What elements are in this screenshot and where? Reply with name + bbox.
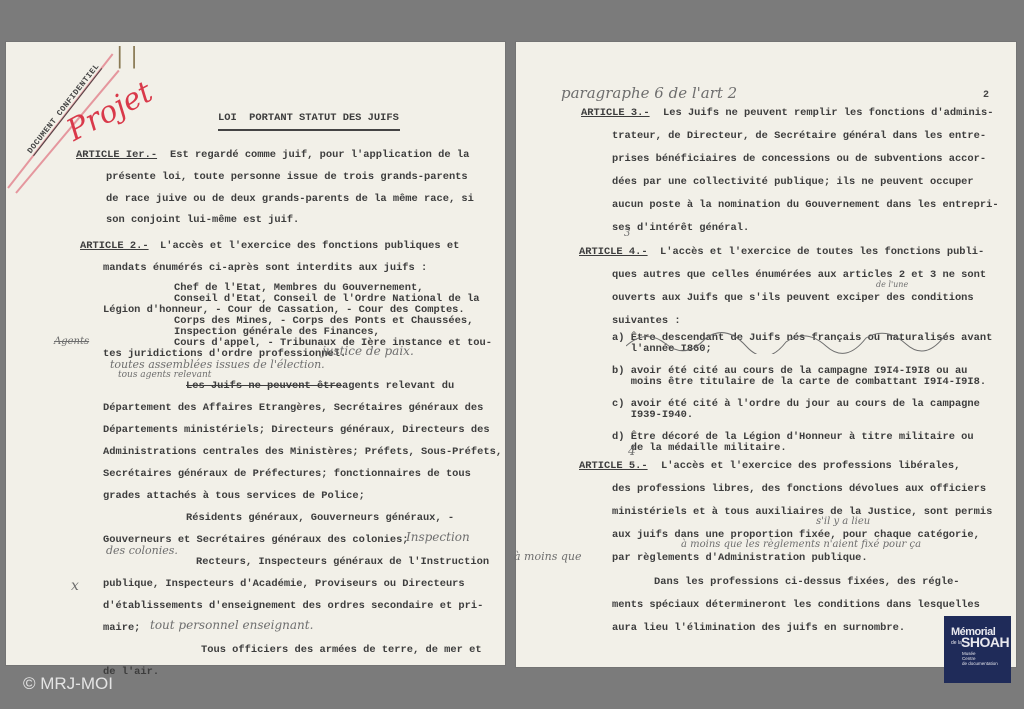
article-1-line: présente loi, toute personne issue de tr…	[106, 171, 468, 183]
article-2-body-line: Secrétaires généraux de Préfectures; fon…	[103, 468, 471, 480]
handwritten-s-il-y-a-lieu: s'il y a lieu	[816, 516, 870, 527]
article-2-line: L'accès et l'exercice des fonctions publ…	[160, 240, 459, 252]
handwritten-article-5-number: 4	[628, 444, 636, 458]
handwritten-agents-margin: Agents	[54, 336, 89, 347]
copyright-label: © MRJ-MOI	[23, 674, 113, 694]
handwritten-article-4-number: 3	[624, 228, 630, 239]
struck-text: Les Juifs ne peuvent être	[186, 380, 342, 392]
logo-text: SHOAH	[961, 634, 1009, 650]
handwritten-inspection: Inspection	[406, 530, 470, 544]
handwritten-justice-de-paix: justice de paix.	[322, 344, 414, 358]
document-page-1: DOCUMENT CONFIDENTIEL Projet | | LOI POR…	[6, 42, 505, 665]
article-2-residents: Résidents généraux, Gouverneurs généraux…	[186, 512, 454, 524]
logo-subtext: Musée Centre de documentation	[962, 651, 998, 666]
article-2-body-line: Départements ministériels; Directeurs gé…	[103, 424, 490, 436]
handwritten-a-moins-que-line: à moins que les règlements n'aient fixé …	[681, 539, 921, 550]
article-2-line: mandats énumérés ci-après sont interdits…	[103, 262, 427, 274]
handwritten-personnel: tout personnel enseignant.	[150, 618, 313, 632]
handwritten-a-moins-que-margin: à moins que	[514, 550, 582, 563]
handwritten-des-colonies: des colonies.	[106, 544, 178, 557]
article-2-label: ARTICLE 2.-	[80, 240, 149, 252]
article-2-body-line: grades attachés à tous services de Polic…	[103, 490, 365, 502]
condition-b-cont: moins être titulaire de la carte de comb…	[612, 376, 986, 388]
article-5-line: ministériels et à tous auxiliaires de la…	[612, 506, 992, 518]
article-2-officiers: Tous officiers des armées de terre, de m…	[201, 644, 482, 656]
article-1-line: Est regardé comme juif, pour l'applicati…	[170, 149, 469, 161]
article-1-line: de race juive ou de deux grands-parents …	[106, 193, 474, 205]
article-4-line: ques autres que celles énumérées aux art…	[612, 269, 986, 281]
article-2-line: agents relevant du	[342, 380, 454, 392]
article-5-para2: Dans les professions ci-dessus fixées, d…	[654, 576, 960, 588]
article-5-para2: aura lieu l'élimination des juifs en sur…	[612, 622, 905, 634]
page-number: 2	[983, 90, 989, 101]
article-2-recteurs: Recteurs, Inspecteurs généraux de l'Inst…	[196, 556, 489, 568]
article-4-line: L'accès et l'exercice de toutes les fonc…	[660, 246, 984, 258]
handwritten-paragraphe: paragraphe 6 de l'art 2	[561, 84, 737, 102]
handwritten-strike-wave	[626, 324, 946, 354]
article-5-label: ARTICLE 5.-	[579, 460, 648, 472]
handwritten-x-mark: x	[71, 578, 79, 594]
handwritten-tous-agents: tous agents relevant	[118, 370, 211, 380]
handwritten-de-l-une: de l'une	[876, 280, 908, 289]
condition-d-cont: de la médaille militaire.	[612, 442, 787, 454]
condition-c-cont: I939-I940.	[612, 409, 693, 421]
document-title: LOI PORTANT STATUT DES JUIFS	[218, 112, 399, 124]
article-3-line: Les Juifs ne peuvent remplir les fonctio…	[663, 107, 993, 119]
document-page-2: paragraphe 6 de l'art 2 2 ARTICLE 3.- Le…	[516, 42, 1016, 667]
pencil-marks: | |	[116, 44, 138, 69]
title-underline	[218, 129, 400, 131]
article-1-line: son conjoint lui-même est juif.	[106, 214, 299, 226]
article-3-line: dées par une collectivité publique; ils …	[612, 176, 974, 188]
article-3-line: ses d'intérêt général.	[612, 222, 749, 234]
article-1-label: ARTICLE Ier.-	[76, 149, 157, 161]
article-3-line: prises bénéficiaires de concessions ou d…	[612, 153, 986, 165]
article-5-line: L'accès et l'exercice des professions li…	[661, 460, 960, 472]
article-2-recteurs-line: maire;	[103, 622, 140, 634]
article-5-line: des professions libres, des fonctions dé…	[612, 483, 986, 495]
article-3-line: trateur, de Directeur, de Secrétaire gén…	[612, 130, 986, 142]
article-3-label: ARTICLE 3.-	[581, 107, 650, 119]
article-3-line: aucun poste à la nomination du Gouvernem…	[612, 199, 999, 211]
memorial-shoah-logo: Mémorial de la SHOAH Musée Centre de doc…	[944, 616, 1011, 683]
article-5-line: par règlements d'Administration publique…	[612, 552, 868, 564]
article-5-para2: ments spéciaux détermineront les conditi…	[612, 599, 980, 611]
article-2-recteurs-line: d'établissements d'enseignement des ordr…	[103, 600, 483, 612]
article-2-body-line: Département des Affaires Etrangères, Sec…	[103, 402, 483, 414]
article-2-recteurs-line: publique, Inspecteurs d'Académie, Provis…	[103, 578, 465, 590]
article-2-body-line: Administrations centrales des Ministères…	[103, 446, 502, 458]
article-4-label: ARTICLE 4.-	[579, 246, 648, 258]
article-4-line: ouverts aux Juifs que s'ils peuvent exci…	[612, 292, 974, 304]
